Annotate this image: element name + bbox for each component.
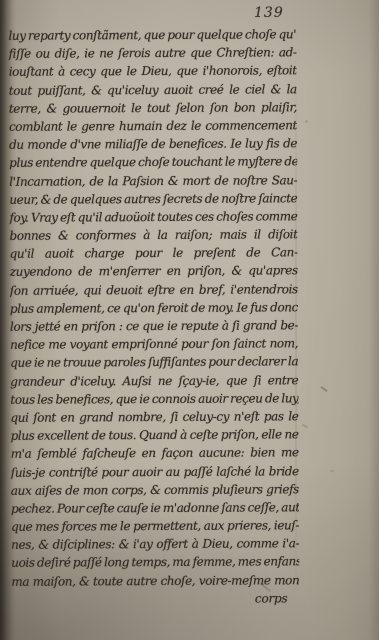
paper-speck	[330, 469, 334, 472]
text-line: zuyendono de m'enſerrer en priſon, & qu'…	[10, 262, 298, 282]
text-line: bonnes & conformes à la raiſon; mais il …	[9, 225, 297, 245]
text-line: ſuis-je contriſté pour auoir au paſſé la…	[11, 462, 299, 482]
text-line: fiſſe ou diſe, ie ne ſerois autre que Ch…	[9, 43, 297, 63]
text-line: qu'il auoit charge pour le preſent de Ca…	[10, 243, 298, 263]
text-line: foy. Vray eſt qu'il aduoüoit toutes ces …	[9, 207, 297, 227]
catchword: corps	[255, 591, 288, 605]
text-line: pechez. Pour ceſte cauſe ie m'adonne ſan…	[11, 498, 299, 518]
catchword-row: corps	[11, 589, 299, 609]
text-line: que ie ne trouue paroles ſuffiſantes pou…	[10, 353, 298, 373]
text-line: ueur, & de quelques autres ſecrets de no…	[9, 189, 297, 209]
book-page-photo: 139 luy reparty conſtãment, que pour que…	[0, 0, 379, 640]
text-line: ſon arriuée, qui deuoit eſtre en bref, i…	[10, 280, 298, 300]
text-line: tous les benefices, que ie connois auoir…	[10, 389, 298, 409]
text-line: plus excellent de tous. Quand à ceſte pr…	[11, 425, 299, 445]
text-line: l'Incarnation, de la Paſsion & mort de n…	[9, 171, 297, 191]
paper-speck	[320, 386, 328, 392]
text-line: iouſtant à cecy que le Dieu, que i'honor…	[9, 62, 297, 82]
text-line: du monde d'vne miliaſſe de benefices. Ie…	[9, 134, 297, 154]
text-line: que mes forces me le permettent, aux pri…	[11, 516, 299, 536]
text-line: lors jetté en priſon : ce que ie repute …	[10, 316, 298, 336]
text-line: plus entendre quelque choſe touchant le …	[9, 153, 297, 173]
text-line: ma maiſon, & toute autre choſe, voire-me…	[11, 571, 299, 591]
page-right-edge-shadow	[369, 0, 379, 640]
text-line: qui ſont en grand nombre, ſi celuy-cy n'…	[10, 407, 298, 427]
paper-speck	[302, 424, 308, 429]
text-line: nes, & diſciplines: & i'ay offert à Dieu…	[11, 534, 299, 554]
text-line: grandeur d'iceluy. Auſsi ne ſçay-ie, que…	[10, 371, 298, 391]
text-line: uois deſiré paſſé long temps, ma femme, …	[11, 553, 299, 573]
text-line: terre, & gouuernoit le tout ſelon ſon bo…	[9, 98, 297, 118]
paper-speck	[305, 120, 308, 123]
text-line: tout puiſſant, & qu'iceluy auoit creé le…	[9, 80, 297, 100]
text-line: aux aiſes de mon corps, & commis pluſieu…	[11, 480, 299, 500]
text-block: luy reparty conſtãment, que pour quelque…	[8, 25, 299, 626]
text-line: comblant le genre humain dez le commence…	[9, 116, 297, 136]
text-line: luy reparty conſtãment, que pour quelque…	[8, 25, 296, 45]
text-line: nefice me voyant empriſonné pour ſon ſai…	[10, 334, 298, 354]
text-line: plus amplement, ce qu'on feroit de moy. …	[10, 298, 298, 318]
text-line: m'a ſemblé faſcheuſe en façon aucune: bi…	[11, 444, 299, 464]
page-number: 139	[254, 5, 294, 21]
